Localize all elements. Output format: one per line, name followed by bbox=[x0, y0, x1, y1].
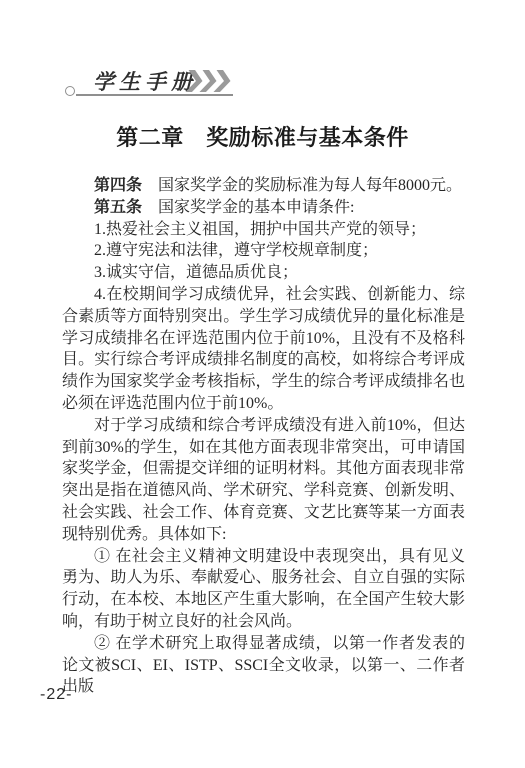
paragraph-condition-3: 3.诚实守信，道德品质优良； bbox=[62, 262, 465, 284]
article-5-label: 第五条 bbox=[94, 199, 142, 216]
paragraph-top30-rule: 对于学习成绩和综合考评成绩没有进入前10%，但达到前30%的学生，如在其他方面表… bbox=[62, 415, 465, 546]
header-title: 学生手册 bbox=[93, 66, 197, 96]
paragraph-condition-2: 2.遵守宪法和法律，遵守学校规章制度； bbox=[62, 240, 465, 262]
triple-chevron-right-icon bbox=[185, 69, 235, 93]
paragraph-condition-1: 1.热爱社会主义祖国，拥护中国共产党的领导； bbox=[62, 219, 465, 241]
handbook-page: 学生手册 第二章 奖励标准与基本条件 第四条 国家奖学金的奖励标准为每人每年80… bbox=[0, 0, 525, 768]
paragraph-article-5: 第五条 国家奖学金的基本申请条件: bbox=[62, 197, 465, 219]
paragraph-article-4: 第四条 国家奖学金的奖励标准为每人每年8000元。 bbox=[62, 175, 465, 197]
item-2-text: ② 在学术研究上取得显著成绩，以第一作者发表的论文被SCI、EI、ISTP、SS… bbox=[62, 635, 465, 696]
article-4-label: 第四条 bbox=[94, 177, 142, 194]
paragraph-item-2: ② 在学术研究上取得显著成绩，以第一作者发表的论文被SCI、EI、ISTP、SS… bbox=[62, 633, 465, 698]
item-1-text: ① 在社会主义精神文明建设中表现突出，具有见义勇为、助人为乐、奉献爱心、服务社会… bbox=[62, 548, 465, 630]
condition-3-text: 3.诚实守信，道德品质优良； bbox=[94, 264, 298, 281]
top30-rule-text: 对于学习成绩和综合考评成绩没有进入前10%，但达到前30%的学生，如在其他方面表… bbox=[62, 417, 465, 543]
condition-2-text: 2.遵守宪法和法律，遵守学校规章制度； bbox=[94, 242, 378, 259]
paragraph-item-1: ① 在社会主义精神文明建设中表现突出，具有见义勇为、助人为乐、奉献爱心、服务社会… bbox=[62, 546, 465, 633]
chapter-title: 第二章 奖励标准与基本条件 bbox=[0, 121, 525, 152]
article-4-text: 国家奖学金的奖励标准为每人每年8000元。 bbox=[142, 177, 462, 194]
condition-4-text: 4.在校期间学习成绩优异，社会实践、创新能力、综合素质等方面特别突出。学生学习成… bbox=[62, 286, 465, 412]
condition-1-text: 1.热爱社会主义祖国，拥护中国共产党的领导； bbox=[94, 221, 426, 238]
open-circle-icon bbox=[65, 86, 75, 96]
paragraph-condition-4: 4.在校期间学习成绩优异，社会实践、创新能力、综合素质等方面特别突出。学生学习成… bbox=[62, 284, 465, 415]
document-body: 第四条 国家奖学金的奖励标准为每人每年8000元。 第五条 国家奖学金的基本申请… bbox=[62, 175, 465, 698]
article-5-text: 国家奖学金的基本申请条件: bbox=[142, 199, 354, 216]
page-number: -22- bbox=[40, 686, 72, 704]
